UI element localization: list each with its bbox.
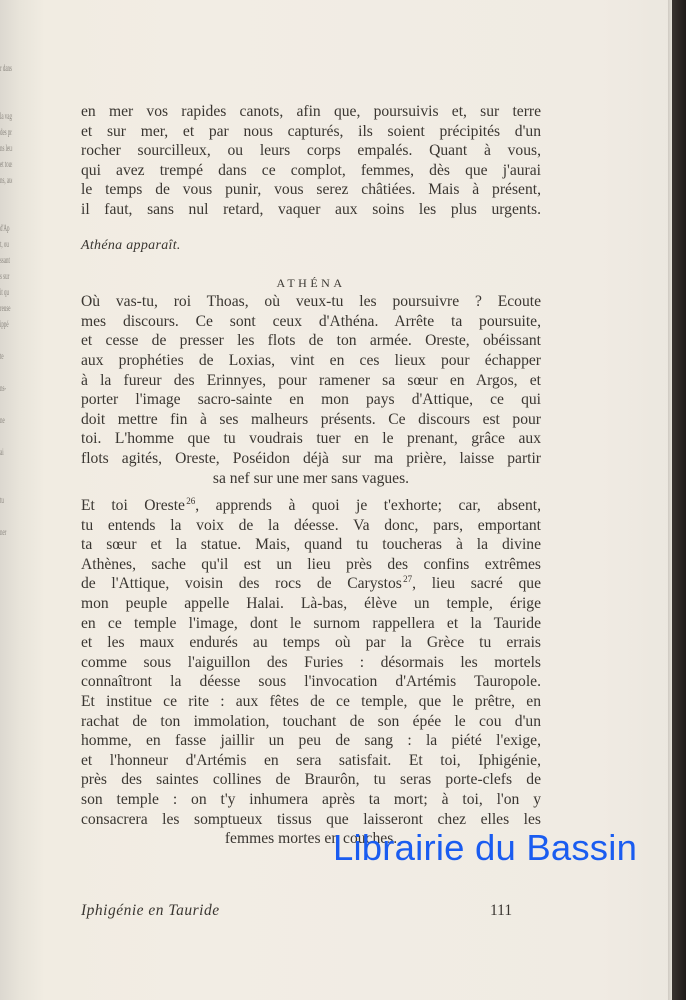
gutter-fragment	[0, 204, 12, 220]
gutter-fragment	[0, 188, 12, 204]
text-line: près des saintes collines de Braurôn, tu…	[81, 770, 541, 790]
gutter-fragment: ssant	[0, 252, 12, 268]
gutter-fragment: et tous l	[0, 156, 12, 172]
gutter-fragment: ns, auda	[0, 172, 12, 188]
text-line: comme sous l'aiguillon des Furies : déso…	[81, 653, 541, 673]
gutter-fragment: ns leur	[0, 140, 12, 156]
text-line: ta sœur et la statue. Mais, quand tu tou…	[81, 535, 541, 555]
text-line: son temple : on t'y inhumera après ta mo…	[81, 790, 541, 810]
gutter-fragment	[0, 396, 12, 412]
text-line: et sur mer, et par nous capturés, ils so…	[81, 122, 541, 142]
gutter-fragment: reuse	[0, 300, 12, 316]
gutter-fragment	[0, 332, 12, 348]
page-body: en mer vos rapides canots, afin que, pou…	[81, 102, 541, 849]
text-line: doit mettre fin à ses malheurs présents.…	[81, 410, 541, 430]
text-fragment: Et toi Oreste	[81, 497, 185, 514]
opening-paragraph: en mer vos rapides canots, afin que, pou…	[81, 102, 541, 220]
gutter-fragment	[0, 428, 12, 444]
text-line: à la fureur des Erinnyes, pour ramener s…	[81, 371, 541, 391]
gutter-fragment	[0, 508, 12, 524]
text-line: Et institue ce rite : aux fêtes de ce te…	[81, 692, 541, 712]
text-line: rachat de ton immolation, touchant de so…	[81, 712, 541, 732]
gutter-fragment: tu	[0, 492, 12, 508]
text-line: et l'honneur d'Artémis en sera satisfait…	[81, 751, 541, 771]
gutter-fragment	[0, 460, 12, 476]
facing-page-gutter-fragments: r dans lla vaguedes prins leuret tous ln…	[0, 60, 12, 700]
text-line: et les maux endurés au temps où par la G…	[81, 633, 541, 653]
gutter-fragment	[0, 364, 12, 380]
stage-direction: Athéna apparaît.	[81, 236, 541, 256]
gutter-fragment	[0, 92, 12, 108]
gutter-fragment	[0, 76, 12, 92]
running-title: Iphigénie en Tauride	[81, 902, 220, 920]
gutter-fragment	[0, 476, 12, 492]
text-line: Et toi Oreste 26, apprends à quoi je t'e…	[81, 496, 541, 516]
gutter-fragment: ner	[0, 524, 12, 540]
text-line: Où vas-tu, roi Thoas, où veux-tu les pou…	[81, 292, 541, 312]
gutter-fragment: ippé	[0, 316, 12, 332]
gutter-fragment: des pri	[0, 124, 12, 140]
text-line: le temps de vous punir, vous serez châti…	[81, 180, 541, 200]
text-line: il faut, sans nul retard, vaquer aux soi…	[81, 200, 541, 220]
gutter-fragment: s sur	[0, 268, 12, 284]
verse-end-line: sa nef sur une mer sans vagues.	[81, 469, 541, 489]
book-page: r dans lla vaguedes prins leuret tous ln…	[0, 0, 672, 1000]
text-line: qui avez trempé dans ce complot, femmes,…	[81, 161, 541, 181]
text-line: porter l'image sacro-sainte en mon pays …	[81, 390, 541, 410]
speech-athena-part-2: Et toi Oreste 26, apprends à quoi je t'e…	[81, 496, 541, 849]
text-line: et cesse de presser les flots de ton arm…	[81, 331, 541, 351]
footnote-ref-26[interactable]: 26	[186, 496, 195, 506]
gutter-fragment: ne	[0, 412, 12, 428]
gutter-fragment: it qu	[0, 284, 12, 300]
text-fragment: de l'Attique, voisin des rocs de Carysto…	[81, 575, 402, 592]
text-line: en ce temple l'image, dont le surnom rap…	[81, 614, 541, 634]
gutter-fragment: te	[0, 348, 12, 364]
speech-athena-part-1: Où vas-tu, roi Thoas, où veux-tu les pou…	[81, 292, 541, 488]
text-line: mes discours. Ce sont ceux d'Athéna. Arr…	[81, 312, 541, 332]
text-line: Athènes, sache qu'il est un lieu près de…	[81, 555, 541, 575]
page-number: 111	[490, 902, 512, 920]
book-binding-shadow	[672, 0, 686, 1000]
footnote-ref-27[interactable]: 27	[403, 574, 412, 584]
text-line: flots agités, Oreste, Poséidon déjà sur …	[81, 449, 541, 469]
text-fragment: , apprends à quoi je t'exhorte; car, abs…	[195, 497, 541, 514]
text-fragment: , lieu sacré que	[412, 575, 541, 592]
text-line: mon peuple appelle Halai. Là-bas, élève …	[81, 594, 541, 614]
text-line: connaîtront la déesse sous l'invocation …	[81, 672, 541, 692]
text-line: rocher sourcilleux, ou leurs corps empal…	[81, 141, 541, 161]
gutter-fragment: ai	[0, 444, 12, 460]
text-line: en mer vos rapides canots, afin que, pou…	[81, 102, 541, 122]
text-line: tu entends la voix de la déesse. Va donc…	[81, 516, 541, 536]
gutter-fragment: r dans l	[0, 60, 12, 76]
gutter-fragment: d'Ap	[0, 220, 12, 236]
gutter-fragment: ns-	[0, 380, 12, 396]
gutter-fragment: la vague	[0, 108, 12, 124]
text-line: toi. L'homme que tu voudrais tuer en le …	[81, 429, 541, 449]
watermark-text: Librairie du Bassin	[333, 826, 637, 870]
text-line: homme, en fasse jaillir un peu de sang :…	[81, 731, 541, 751]
text-line: aux prophéties de Loxias, vint en ces li…	[81, 351, 541, 371]
text-line: de l'Attique, voisin des rocs de Carysto…	[81, 574, 541, 594]
gutter-fragment: t, ou	[0, 236, 12, 252]
speaker-name: ATHÉNA	[81, 275, 541, 291]
